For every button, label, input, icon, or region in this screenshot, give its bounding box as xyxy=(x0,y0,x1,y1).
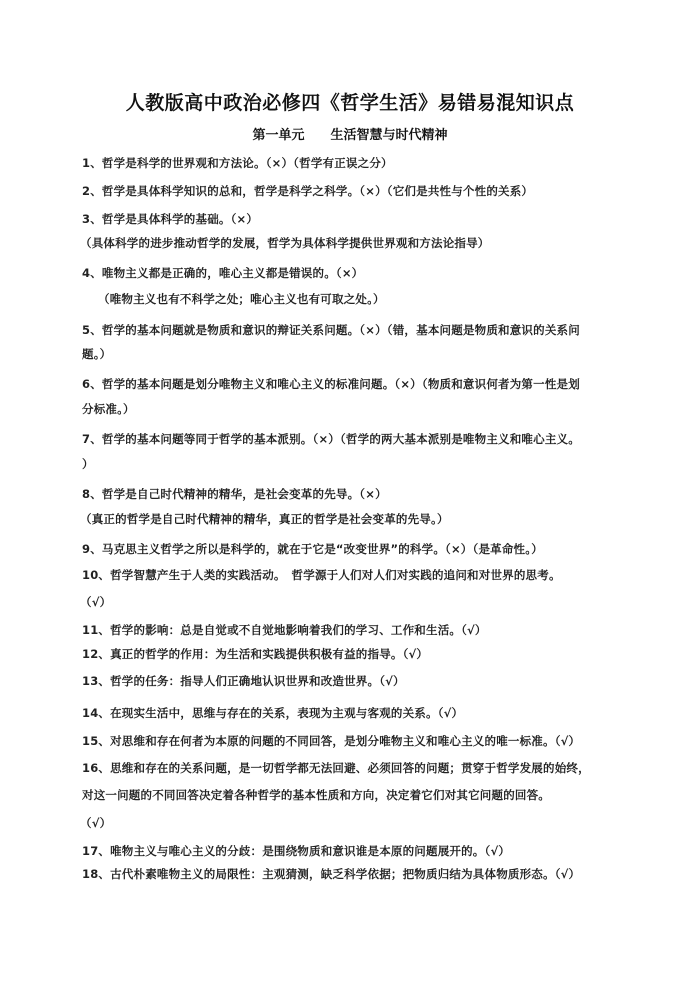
knowledge-point-line: 3、哲学是具体科学的基础。（×） xyxy=(82,211,258,227)
knowledge-point-line: 9、马克思主义哲学之所以是科学的，就在于它是“改变世界”的科学。（×）（是革命性… xyxy=(82,541,543,557)
knowledge-point-line: 17、唯物主义与唯心主义的分歧：是围绕物质和意识谁是本原的问题展开的。（√） xyxy=(82,843,510,859)
knowledge-point-line: 13、哲学的任务：指导人们正确地认识世界和改造世界。（√） xyxy=(82,673,405,689)
document-title: 人教版高中政治必修四《哲学生活》易错易混知识点 xyxy=(0,88,700,115)
document-page: 人教版高中政治必修四《哲学生活》易错易混知识点 第一单元 生活智慧与时代精神 1… xyxy=(0,0,700,989)
knowledge-point-line: 题。） xyxy=(82,346,111,362)
knowledge-point-line: 8、哲学是自己时代精神的精华，是社会变革的先导。（×） xyxy=(82,486,387,502)
knowledge-point-line: （√） xyxy=(80,815,111,831)
knowledge-point-line: 15、对思维和存在何者为本原的问题的不同回答，是划分唯物主义和唯心主义的唯一标准… xyxy=(82,733,580,749)
unit-subtitle: 第一单元 生活智慧与时代精神 xyxy=(0,124,700,143)
knowledge-point-line: 10、哲学智慧产生于人类的实践活动。 哲学源于人们对人们对实践的追问和对世界的思… xyxy=(82,567,561,583)
knowledge-point-line: （唯物主义也有不科学之处；唯心主义也有可取之处。） xyxy=(98,291,385,307)
knowledge-point-line: 1、哲学是科学的世界观和方法论。（×）（哲学有正误之分） xyxy=(82,155,393,171)
knowledge-point-line: 4、唯物主义都是正确的，唯心主义都是错误的。（×） xyxy=(82,265,363,281)
knowledge-point-line: （√） xyxy=(80,594,111,610)
knowledge-point-line: 7、哲学的基本问题等同于哲学的基本派别。（×）（哲学的两大基本派别是唯物主义和唯… xyxy=(82,431,580,447)
knowledge-point-line: ） xyxy=(82,456,94,472)
knowledge-point-line: 2、哲学是具体科学知识的总和，哲学是科学之科学。（×）（它们是共性与个性的关系） xyxy=(82,183,533,199)
knowledge-point-line: （真正的哲学是自己时代精神的精华，真正的哲学是社会变革的先导。） xyxy=(80,511,449,527)
knowledge-point-line: 11、哲学的影响：总是自觉或不自觉地影响着我们的学习、工作和生活。（√） xyxy=(82,622,487,638)
knowledge-point-line: 对这一问题的不同回答决定着各种哲学的基本性质和方向，决定着它们对其它问题的回答。 xyxy=(82,787,550,803)
knowledge-point-line: （具体科学的进步推动哲学的发展，哲学为具体科学提供世界观和方法论指导） xyxy=(80,235,490,251)
knowledge-point-line: 12、真正的哲学的作用：为生活和实践提供积极有益的指导。（√） xyxy=(82,646,428,662)
knowledge-point-line: 6、哲学的基本问题是划分唯物主义和唯心主义的标准问题。（×）（物质和意识何者为第… xyxy=(82,376,580,392)
knowledge-point-line: 5、哲学的基本问题就是物质和意识的辩证关系问题。（×）（错，基本问题是物质和意识… xyxy=(82,322,580,338)
knowledge-point-line: 分标准。） xyxy=(82,401,135,417)
knowledge-point-line: 16、思维和存在的关系问题，是一切哲学都无法回避、必须回答的问题；贯穿于哲学发展… xyxy=(82,760,590,776)
knowledge-point-line: 14、在现实生活中，思维与存在的关系，表现为主观与客观的关系。（√） xyxy=(82,705,463,721)
knowledge-point-line: 18、古代朴素唯物主义的局限性：主观猜测，缺乏科学依据；把物质归结为具体物质形态… xyxy=(82,866,580,882)
